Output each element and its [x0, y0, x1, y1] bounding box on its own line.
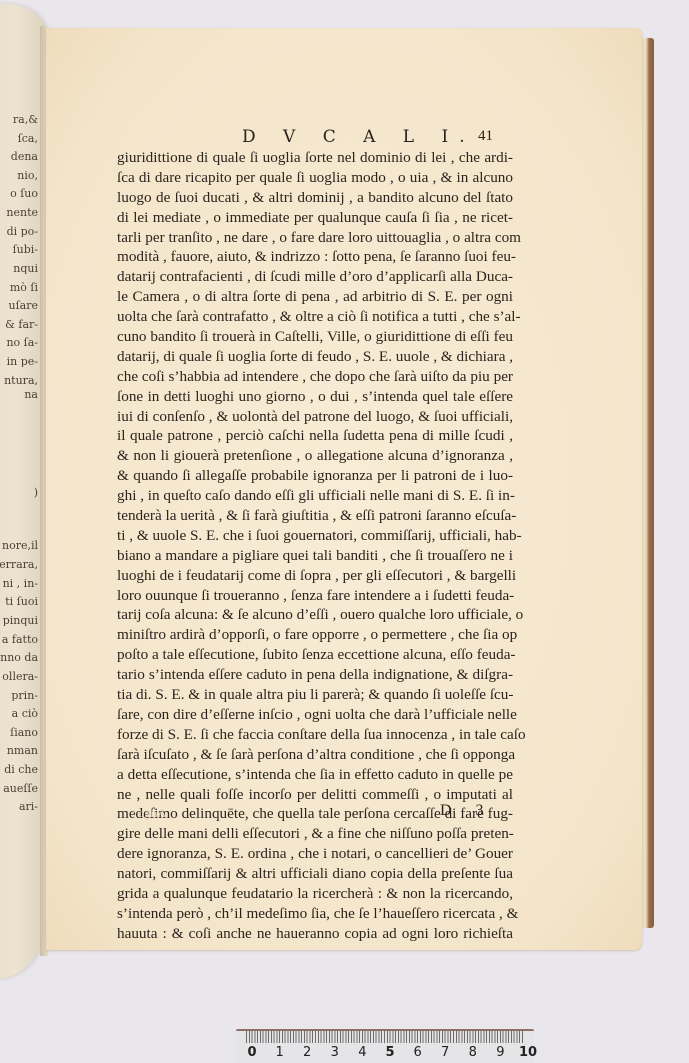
text-line: tia di. S. E. & in quale altra piu li pa…	[117, 685, 513, 705]
text-line: gire delle mani delli eſſecutori , & a f…	[117, 824, 513, 844]
text-line: luoghi de i feudatarij come di ſopra , p…	[117, 566, 513, 586]
text-line: ſca di dare ricapito per quale ſi uoglia…	[117, 168, 513, 188]
facing-page-text-fragment: o ſuo	[0, 188, 38, 199]
text-line: ghi , in queſto caſo dando eſſi gli uffi…	[117, 486, 513, 506]
text-line: di lei mediate , o immediate per qualunq…	[117, 208, 513, 228]
facing-page-text-fragment: nman	[0, 745, 38, 756]
facing-page-text-fragment: ti ſuoi	[0, 596, 38, 607]
text-line: tenderà la uerità , & ſi farà giuſtitia …	[117, 506, 513, 526]
facing-page-text-fragment: dena	[0, 151, 38, 162]
facing-page-text-fragment: a ciò	[0, 708, 38, 719]
text-line: tarli per tranſito , ne dare , o fare da…	[117, 228, 513, 248]
signature-mark: D 3	[440, 802, 494, 820]
ruler-label: 10	[519, 1045, 537, 1060]
text-line: il quale patrone , perciò caſchi nella ſ…	[117, 426, 513, 446]
text-line: loro ouunque ſi troueranno , ſenza fare …	[117, 586, 513, 606]
scale-ruler: 012345678910	[236, 1029, 534, 1063]
page-number: 41	[478, 128, 493, 145]
ruler-label: 5	[385, 1045, 394, 1060]
ruler-label: 6	[413, 1045, 421, 1060]
ruler-label: 0	[247, 1045, 256, 1060]
facing-page-text-fragment: ſubi-	[0, 244, 38, 255]
text-line: tarij coſa alcuna: & ſe alcuno d’eſſi , …	[117, 605, 513, 625]
text-line: miniſtro ardirà d’opporſi, o fare opporr…	[117, 625, 513, 645]
facing-page-text-fragment: no ſa-	[0, 337, 38, 348]
text-line: & quando ſi allegaſſe probabile ignoranz…	[117, 466, 513, 486]
facing-page-text-fragment: uſare	[0, 300, 38, 311]
bleed-through-text: ; ogiɿA	[132, 806, 166, 821]
ruler-ticks	[246, 1031, 524, 1043]
body-text: giuridittione di quale ſi uoglia ſorte n…	[117, 148, 513, 944]
text-line: ſare, con dire d’eſſerne inſcio , ogni u…	[117, 705, 513, 725]
text-line: grida a qualunque feudatario la ricerche…	[117, 884, 513, 904]
facing-page-text-fragment: ntura,	[0, 375, 38, 386]
facing-page-text-fragment: ni , in-	[0, 578, 38, 589]
facing-page-text-fragment: nio,	[0, 170, 38, 181]
facing-page-text-fragment: na	[0, 389, 38, 400]
ruler-label: 4	[358, 1045, 366, 1060]
text-line: ſarà iſcuſato , & ſe ſarà perſona d’altr…	[117, 745, 513, 765]
text-line: che coſi s’habbia ad intendere , che dop…	[117, 367, 513, 387]
ruler-label: 3	[331, 1045, 339, 1060]
facing-page-text-fragment: ra,&	[0, 114, 38, 125]
text-line: giuridittione di quale ſi uoglia ſorte n…	[117, 148, 513, 168]
facing-page-text-fragment: di po-	[0, 226, 38, 237]
text-line: ſone in detti luoghi uno giorno , o dui …	[117, 387, 513, 407]
running-head: D V C A L I.	[242, 127, 482, 147]
text-line: ti , & uuole S. E. che i ſuoi gouernator…	[117, 526, 513, 546]
facing-page-text-fragment: aueſſe	[0, 783, 38, 794]
text-line: le Camera , o di altra ſorte di pena , a…	[117, 287, 513, 307]
text-line: cuno bandito ſi trouerà in Caſtelli, Vil…	[117, 327, 513, 347]
facing-page-text-fragment: di che	[0, 764, 38, 775]
facing-page-text-fragment: & far-	[0, 319, 38, 330]
facing-page-text-fragment: )	[0, 487, 38, 498]
facing-page-text-fragment: nente	[0, 207, 38, 218]
facing-page-text-fragment: errara,	[0, 559, 38, 570]
facing-page-text-fragment: ari-	[0, 801, 38, 812]
facing-page-text-fragment: ſiano	[0, 727, 38, 738]
ruler-label: 1	[275, 1045, 283, 1060]
text-line: luogo de ſuoi ducati , & altri dominij ,…	[117, 188, 513, 208]
facing-page-text-fragment: a fatto	[0, 634, 38, 645]
text-line: dere ignoranza, S. E. ordina , che i not…	[117, 844, 513, 864]
text-line: hauuta : & coſi anche ne haueranno copia…	[117, 924, 513, 944]
text-line: a detta eſſecutione, s’intenda che ſia i…	[117, 765, 513, 785]
ruler-label: 7	[441, 1045, 449, 1060]
facing-page-text-fragment: nno da	[0, 652, 38, 663]
text-line: natori, commiſſarij & altri ufficiali di…	[117, 864, 513, 884]
facing-page-text-fragment: in pe-	[0, 356, 38, 367]
text-line: forze di S. E. ſi che faccia conſtare de…	[117, 725, 513, 745]
text-line: tario s’intenda eſſere caduto in pena de…	[117, 665, 513, 685]
text-line: datarij contrafacienti , di ſcudi mille …	[117, 267, 513, 287]
facing-page-text-fragment: mò ſi	[0, 282, 38, 293]
ruler-label: 8	[469, 1045, 477, 1060]
text-line: datarij, di quale ſi uoglia ſorte di feu…	[117, 347, 513, 367]
text-line: s’intenda però , ch’il medeſimo ſia, che…	[117, 904, 513, 924]
facing-page-text-fragment: nore,il	[0, 540, 38, 551]
text-line: biano a mandare a pigliare quei tali ban…	[117, 546, 513, 566]
facing-page-text-fragment: ollera-	[0, 671, 38, 682]
text-line: modità , fauore, aiuto, & indrizzo : ſot…	[117, 247, 513, 267]
facing-page-text-fragment: pinqui	[0, 615, 38, 626]
text-line: iui di conſenſo , & uolontà del patrone …	[117, 407, 513, 427]
text-line: & non li giouerà pretenſione , o allegat…	[117, 446, 513, 466]
text-line: poſto a tale eſſecutione, ſubito ſenza e…	[117, 645, 513, 665]
facing-page-text-fragment: prin-	[0, 690, 38, 701]
text-line: uolta che ſarà contrafatto , & oltre a c…	[117, 307, 513, 327]
ruler-label: 2	[303, 1045, 311, 1060]
facing-page-text-fragment: nqui	[0, 263, 38, 274]
ruler-label: 9	[496, 1045, 504, 1060]
facing-page-text-fragment: ſca,	[0, 133, 38, 144]
ruler-labels: 012345678910	[240, 1045, 534, 1063]
